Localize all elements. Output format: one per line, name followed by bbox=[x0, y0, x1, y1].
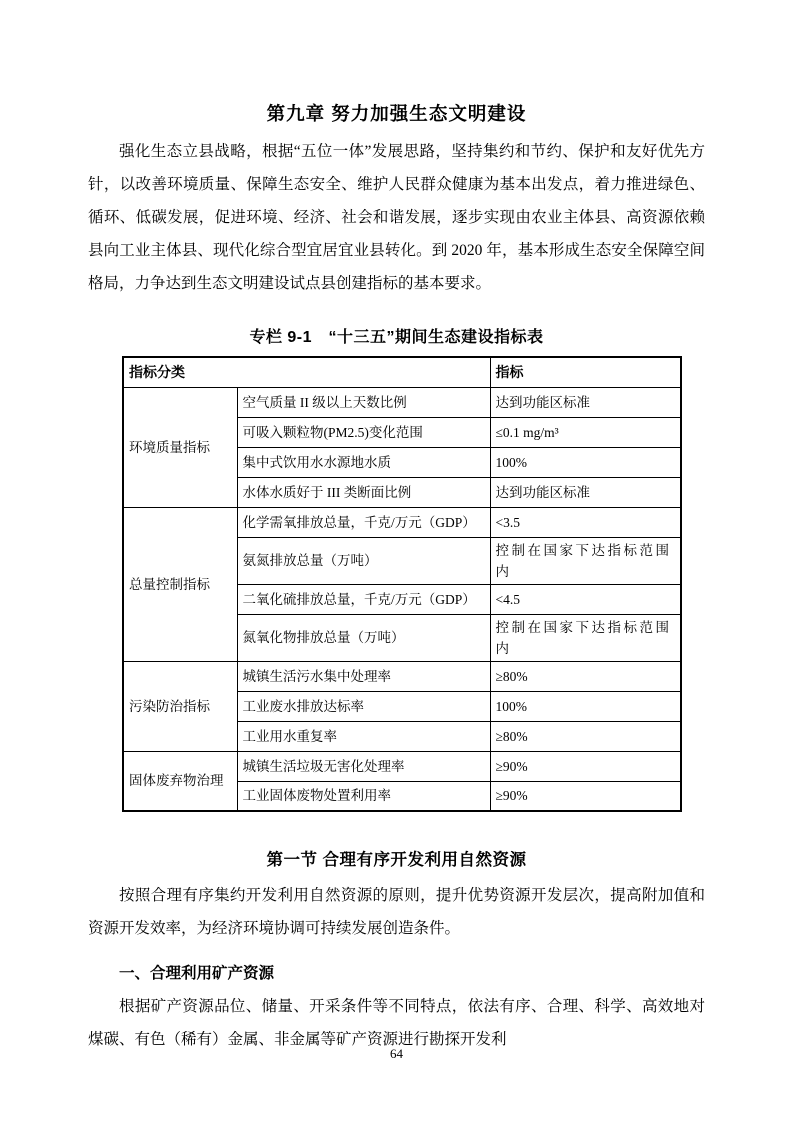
table-row: 污染防治指标 城镇生活污水集中处理率 ≥80% bbox=[123, 661, 681, 691]
target-cell: 100% bbox=[490, 691, 681, 721]
target-cell: <3.5 bbox=[490, 507, 681, 537]
target-cell: 控制在国家下达指标范围内 bbox=[490, 614, 681, 661]
category-cell: 污染防治指标 bbox=[123, 661, 237, 751]
target-cell: 100% bbox=[490, 447, 681, 477]
target-cell: ≥80% bbox=[490, 661, 681, 691]
target-cell: 达到功能区标准 bbox=[490, 477, 681, 507]
indicator-cell: 城镇生活污水集中处理率 bbox=[237, 661, 490, 691]
target-cell: ≤0.1 mg/m³ bbox=[490, 417, 681, 447]
indicator-cell: 可吸入颗粒物(PM2.5)变化范围 bbox=[237, 417, 490, 447]
section-paragraph: 按照合理有序集约开发利用自然资源的原则，提升优势资源开发层次，提高附加值和资源开… bbox=[88, 879, 705, 945]
indicator-cell: 水体水质好于 III 类断面比例 bbox=[237, 477, 490, 507]
document-page: 第九章 努力加强生态文明建设 强化生态立县战略，根据“五位一体”发展思路，坚持集… bbox=[0, 0, 793, 1122]
indicator-cell: 氮氧化物排放总量（万吨） bbox=[237, 614, 490, 661]
table-title: 专栏 9-1 “十三五”期间生态建设指标表 bbox=[88, 324, 705, 347]
table-row: 总量控制指标 化学需氧排放总量，千克/万元（GDP） <3.5 bbox=[123, 507, 681, 537]
target-cell: ≥90% bbox=[490, 781, 681, 811]
table-row: 固体废弃物治理 城镇生活垃圾无害化处理率 ≥90% bbox=[123, 751, 681, 781]
table-header-row: 指标分类 指标 bbox=[123, 357, 681, 387]
indicator-cell: 工业用水重复率 bbox=[237, 721, 490, 751]
table-container: 指标分类 指标 环境质量指标 空气质量 II 级以上天数比例 达到功能区标准 可… bbox=[88, 356, 705, 812]
indicator-cell: 工业固体废物处置利用率 bbox=[237, 781, 490, 811]
target-cell: 控制在国家下达指标范围内 bbox=[490, 537, 681, 584]
section-title: 第一节 合理有序开发利用自然资源 bbox=[88, 846, 705, 870]
indicator-cell: 工业废水排放达标率 bbox=[237, 691, 490, 721]
indicator-cell: 二氧化硫排放总量，千克/万元（GDP） bbox=[237, 584, 490, 614]
category-cell: 总量控制指标 bbox=[123, 507, 237, 661]
indicator-cell: 城镇生活垃圾无害化处理率 bbox=[237, 751, 490, 781]
target-cell: ≥90% bbox=[490, 751, 681, 781]
indicator-cell: 氨氮排放总量（万吨） bbox=[237, 537, 490, 584]
table-row: 环境质量指标 空气质量 II 级以上天数比例 达到功能区标准 bbox=[123, 387, 681, 417]
table-header-target: 指标 bbox=[490, 357, 681, 387]
target-cell: 达到功能区标准 bbox=[490, 387, 681, 417]
subsection-heading: 一、合理利用矿产资源 bbox=[88, 958, 705, 989]
table-header-category: 指标分类 bbox=[123, 357, 490, 387]
intro-paragraph: 强化生态立县战略，根据“五位一体”发展思路，坚持集约和节约、保护和友好优先方针，… bbox=[88, 135, 705, 300]
category-cell: 环境质量指标 bbox=[123, 387, 237, 507]
chapter-title: 第九章 努力加强生态文明建设 bbox=[88, 100, 705, 126]
page-number: 64 bbox=[0, 1046, 793, 1062]
indicator-cell: 化学需氧排放总量，千克/万元（GDP） bbox=[237, 507, 490, 537]
indicator-table: 指标分类 指标 环境质量指标 空气质量 II 级以上天数比例 达到功能区标准 可… bbox=[122, 356, 682, 812]
indicator-cell: 空气质量 II 级以上天数比例 bbox=[237, 387, 490, 417]
category-cell: 固体废弃物治理 bbox=[123, 751, 237, 811]
indicator-cell: 集中式饮用水水源地水质 bbox=[237, 447, 490, 477]
target-cell: <4.5 bbox=[490, 584, 681, 614]
target-cell: ≥80% bbox=[490, 721, 681, 751]
